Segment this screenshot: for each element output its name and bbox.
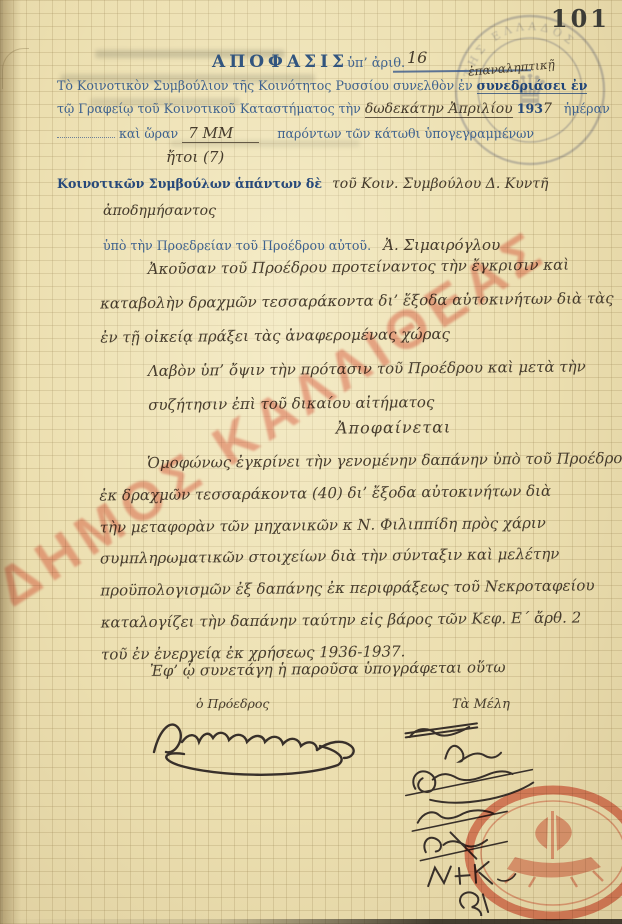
form-line-4: Κοινοτικῶν Συμβούλων ἁπάντων δὲ τοῦ Κοιν… [57,176,548,192]
closing-line: Ἐφ’ ᾧ συνετάγη ἡ παροῦσα ὑπογράφεται οὕτ… [150,658,506,680]
form-line-1-text: Τὸ Κοινοτικὸν Συμβούλιον τῆς Κοινότητος … [57,78,473,93]
hour-handwritten: 7 ΜΜ [182,124,259,143]
sailing-ship-icon [505,811,603,887]
oval-ship-stamp [455,783,622,924]
scanned-document-page: ΤΗΣ ΕΛΛΑΔΟΣ ♛ 101 ΑΠΟΦΑΣΙΣ ὑπ’ ἀριθ. 16 … [0,0,622,924]
form-line-2-text: τῷ Γραφείῳ τοῦ Κοινοτικοῦ Καταστήματος τ… [57,101,361,116]
verdict-heading: Ἀποφαίνεται [336,417,451,437]
president-signature [138,706,384,780]
form-line-3: καὶ ὥραν 7 ΜΜ παρόντων τῶν κάτωθι ὑπογεγ… [57,124,534,142]
councillors-all-present-text: Κοινοτικῶν Συμβούλων ἁπάντων δὲ [57,176,322,191]
year-digit-handwritten: 7 [543,101,552,117]
absence-note-handwritten: ἀποδημήσαντος [103,203,216,219]
decision-number-handwritten: 16 [407,48,427,67]
notebook-spine-edge [0,0,21,924]
form-line-2: τῷ Γραφείῳ τοῦ Κοινοτικοῦ Καταστήματος τ… [57,101,610,117]
present-undersigned-text: παρόντων τῶν κάτωθι ὑπογεγραμμένων [277,126,534,141]
councillor-count-handwritten: ἤτοι (7) [166,148,224,166]
page-number: 101 [551,4,610,33]
year-printed: 193 [517,101,543,116]
blank-dotted-line [57,125,115,138]
form-line-1-stamped-words: συνεδριάσει ἐν [477,78,588,94]
form-line-1: Τὸ Κοινοτικὸν Συμβούλιον τῆς Κοινότητος … [57,78,587,93]
handwritten-line: συμπληρωματικῶν στοιχείων διὰ τὴν σύνταξ… [100,539,580,576]
decision-title: ΑΠΟΦΑΣΙΣ [212,52,348,72]
decision-number-label: ὑπ’ ἀριθ. [347,56,405,71]
hour-label: καὶ ὥραν [119,126,178,141]
day-label: ἡμέραν [564,101,610,116]
date-handwritten: δωδεκάτην Ἀπριλίου [365,101,513,118]
handwritten-line: προϋπολογισμῶν ἐξ δαπάνης ἐκ περιφράξεως… [100,571,580,608]
handwritten-line: καταλογίζει τὴν δαπάνην ταύτην εἰς βάρος… [101,602,581,639]
absent-member-handwritten: τοῦ Κοιν. Συμβούλου Δ. Κυντῆ [332,176,548,192]
